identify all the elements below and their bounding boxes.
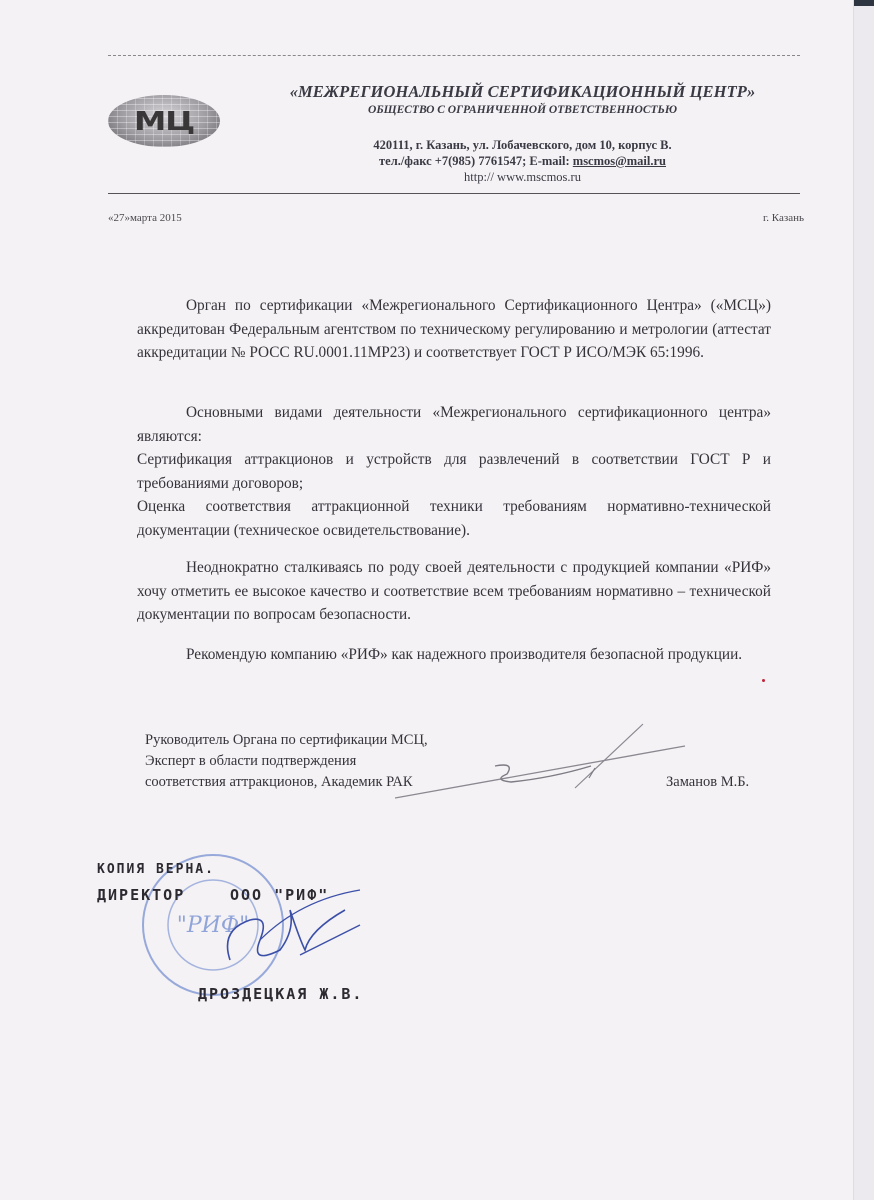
org-address: 420111, г. Казань, ул. Лобачевского, дом… xyxy=(300,138,745,153)
letter-date: «27»марта 2015 xyxy=(108,212,182,224)
signatory-line-2: Эксперт в области подтверждения xyxy=(145,751,428,772)
signatory-line-3: соответствия аттракционов, Академик РАК xyxy=(145,772,428,793)
paragraph-text: Рекомендую компанию «РИФ» как надежного … xyxy=(137,643,771,667)
director-signature-icon xyxy=(210,885,370,975)
director-name: ДРОЗДЕЦКАЯ Ж.В. xyxy=(198,985,363,1003)
logo-letters: МЦ xyxy=(108,107,220,137)
copy-certified-label: КОПИЯ ВЕРНА. xyxy=(97,862,215,877)
header-bottom-rule xyxy=(108,193,800,194)
scan-edge xyxy=(853,0,874,1200)
signatory-line-1: Руководитель Органа по сертификации МСЦ, xyxy=(145,730,428,751)
paragraph-recommendation: Рекомендую компанию «РИФ» как надежного … xyxy=(137,643,771,667)
phone-text: тел./факс +7(985) 7761547; E-mail: xyxy=(379,154,573,168)
ink-dot xyxy=(762,679,765,682)
signature-scribble-icon xyxy=(395,720,695,810)
company-logo: МЦ xyxy=(108,95,220,147)
email-link[interactable]: mscmos@mail.ru xyxy=(573,154,666,168)
director-title: ДИРЕКТОР xyxy=(97,886,185,904)
signatory-name: Заманов М.Б. xyxy=(666,774,749,791)
org-website[interactable]: http:// www.mscmos.ru xyxy=(300,170,745,185)
org-contacts: тел./факс +7(985) 7761547; E-mail: mscmo… xyxy=(300,154,745,169)
activity-item-certification: Сертификация аттракционов и устройств дл… xyxy=(137,448,771,495)
activities-intro: Основными видами деятельности «Межрегион… xyxy=(137,401,771,448)
signatory-title: Руководитель Органа по сертификации МСЦ,… xyxy=(145,730,428,793)
header-top-rule xyxy=(108,55,800,56)
paragraph-quality: Неоднократно сталкиваясь по роду своей д… xyxy=(137,556,771,627)
paragraph-text: Неоднократно сталкиваясь по роду своей д… xyxy=(137,556,771,627)
activity-item-assessment: Оценка соответствия аттракционной техник… xyxy=(137,495,771,542)
scan-corner xyxy=(854,0,874,6)
paragraph-text: Орган по сертификации «Межрегионального … xyxy=(137,294,771,365)
paragraph-accreditation: Орган по сертификации «Межрегионального … xyxy=(137,294,771,365)
org-name: «МЕЖРЕГИОНАЛЬНЫЙ СЕРТИФИКАЦИОННЫЙ ЦЕНТР» xyxy=(275,82,770,102)
letter-city: г. Казань xyxy=(763,212,804,224)
org-type: ОБЩЕСТВО С ОГРАНИЧЕННОЙ ОТВЕТСТВЕННОСТЬЮ xyxy=(275,104,770,116)
paragraph-activities: Основными видами деятельности «Межрегион… xyxy=(137,401,771,542)
